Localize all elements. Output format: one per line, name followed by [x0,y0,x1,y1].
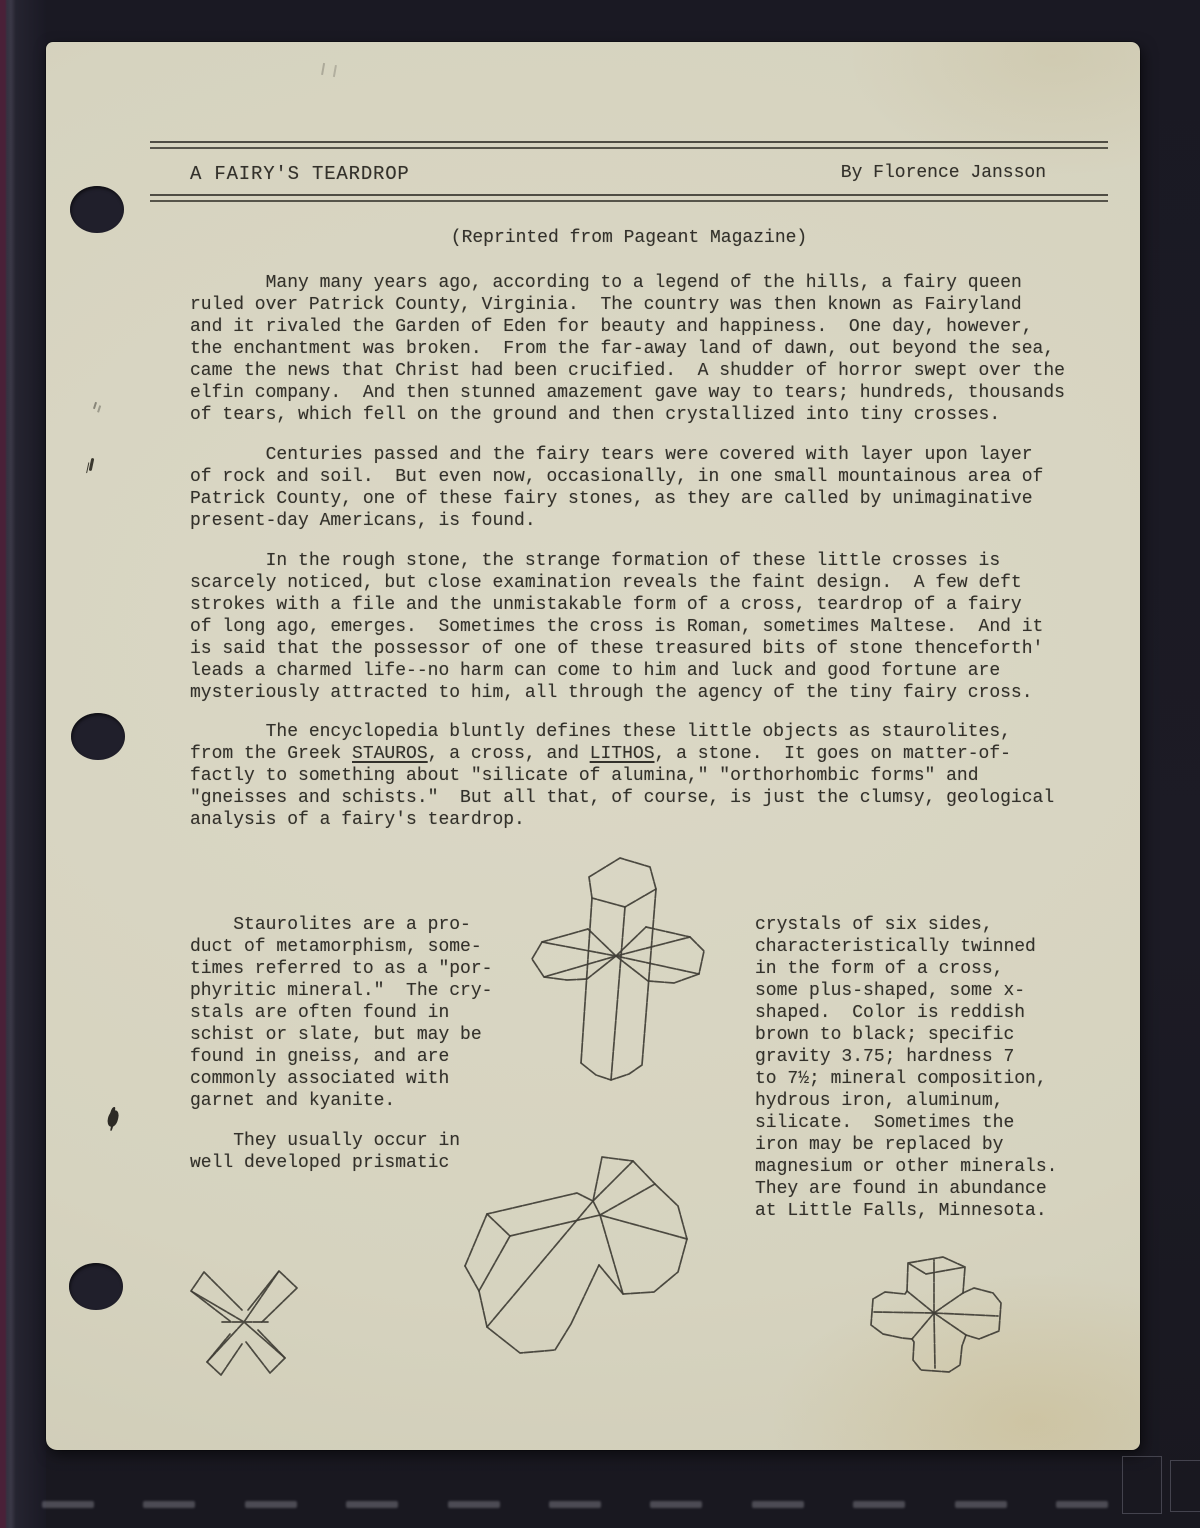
plus-crystal-figure-icon [862,1250,1007,1378]
x-crystal-figure-icon [182,1258,310,1390]
left-column-paragraph: Staurolites are a pro- duct of metamorph… [190,914,520,1112]
document-page: A FAIRY'S TEARDROP By Florence Jansson (… [46,42,1140,1450]
header-rule-bottom [150,194,1108,202]
cross-crystal-figure-icon [525,844,710,1094]
right-column-paragraph: crystals of six sides, characteristicall… [755,914,1095,1222]
byline: By Florence Jansson [841,163,1046,185]
punch-hole-top [70,186,124,233]
scanned-page-background: A FAIRY'S TEARDROP By Florence Jansson (… [0,0,1200,1528]
header-rule-top [150,141,1108,149]
punch-hole-bottom [69,1263,123,1310]
paragraph-centuries: Centuries passed and the fairy tears wer… [190,444,1130,532]
paragraph-rough-stone: In the rough stone, the strange formatio… [190,550,1130,704]
oblique-twin-crystal-figure-icon [450,1144,715,1359]
paragraph-legend: Many many years ago, according to a lege… [190,272,1130,426]
page-title: A FAIRY'S TEARDROP [190,163,410,185]
reprint-note: (Reprinted from Pageant Magazine) [150,228,1108,248]
scanner-artifact [1118,1448,1200,1518]
ink-tick-marks [93,402,97,409]
ink-mark [89,458,95,471]
binder-spine-edge [0,0,46,1528]
pencil-smudge [321,63,337,77]
ink-blot [106,1109,120,1128]
punch-hole-middle [71,713,125,760]
paragraph-encyclopedia: The encyclopedia bluntly defines these l… [190,721,1130,831]
scanner-edge-marks [0,1498,1200,1512]
